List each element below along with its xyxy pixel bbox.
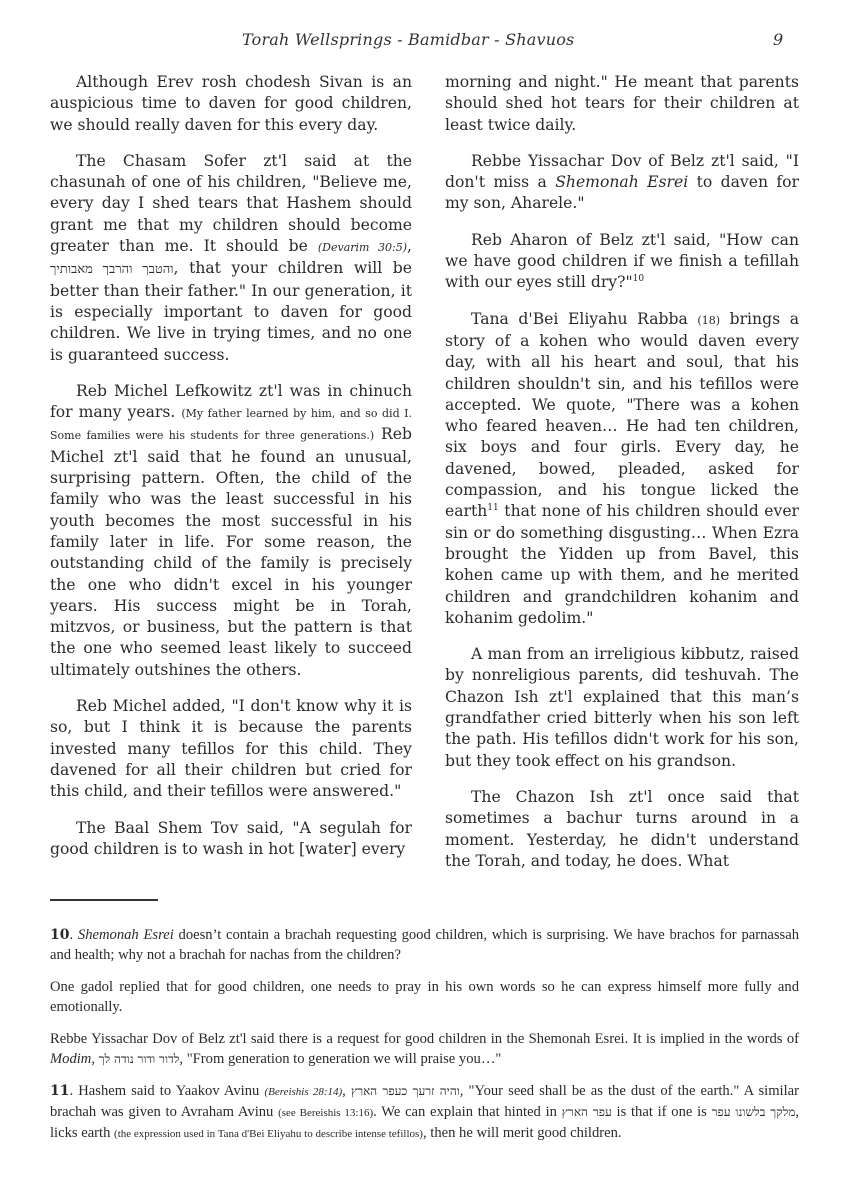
paragraph-text: The Baal Shem Tov said, "A segulah for g… — [50, 819, 412, 858]
source-reference: (18) — [697, 314, 720, 327]
paragraph: The Chasam Sofer zt'l said at the chasun… — [50, 151, 412, 366]
running-title: Torah Wellsprings - Bamidbar - Shavuos — [242, 30, 574, 49]
paragraph: The Baal Shem Tov said, "A segulah for g… — [50, 818, 412, 861]
paragraph: Tana d'Bei Eliyahu Rabba (18) brings a s… — [445, 309, 799, 629]
right-column: morning and night." He meant that parent… — [445, 72, 799, 887]
paragraph: Reb Aharon of Belz zt'l said, "How can w… — [445, 230, 799, 294]
paragraph-text: morning and night." He meant that parent… — [445, 73, 799, 134]
footnotes: 10. Shemonah Esrei doesn’t contain a bra… — [50, 925, 799, 1156]
source-reference: (see Bereishis 13:16) — [278, 1107, 373, 1119]
hebrew-quote: מלקך בלשונו עפר — [712, 1105, 796, 1119]
footnote-marker-10[interactable]: 10 — [633, 274, 644, 284]
hebrew-quote: עפר הארץ — [562, 1105, 612, 1119]
paragraph-text: that none of his children should ever si… — [445, 502, 799, 626]
paragraph: morning and night." He meant that parent… — [445, 72, 799, 136]
paragraph-text: brings a story of a kohen who would dave… — [445, 310, 799, 521]
footnote-text: . We can explain that hinted in — [373, 1104, 562, 1120]
parenthetical-note: (the expression used in Tana d'Bei Eliya… — [114, 1128, 423, 1140]
punctuation: , — [91, 1051, 98, 1067]
footnote-10: 10. Shemonah Esrei doesn’t contain a bra… — [50, 925, 799, 965]
hebrew-quote: והטבך והרבך מאבותיך — [50, 262, 174, 277]
hebrew-quote: והיה זרעך כעפר הארץ — [351, 1084, 460, 1098]
punctuation: , — [407, 237, 412, 255]
paragraph-text: Reb Aharon of Belz zt'l said, "How can w… — [445, 231, 799, 292]
page-number: 9 — [773, 30, 783, 49]
source-reference: (Bereishis 28:14) — [264, 1086, 342, 1098]
paragraph: A man from an irreligious kibbutz, raise… — [445, 644, 799, 772]
source-reference: (Devarim 30:5) — [318, 241, 407, 254]
paragraph: Reb Michel added, "I don't know why it i… — [50, 696, 412, 802]
italic-term: Modim — [50, 1051, 91, 1067]
paragraph-text: Although Erev rosh chodesh Sivan is an a… — [50, 73, 412, 134]
footnote-text: Hashem said to Yaakov Avinu — [73, 1083, 264, 1099]
footnote-divider — [50, 899, 158, 901]
paragraph-text: Tana d'Bei Eliyahu Rabba — [471, 310, 697, 328]
footnote-text: Rebbe Yissachar Dov of Belz zt'l said th… — [50, 1031, 799, 1047]
footnote-10-continued: Rebbe Yissachar Dov of Belz zt'l said th… — [50, 1029, 799, 1069]
paragraph-text: A man from an irreligious kibbutz, raise… — [445, 645, 799, 769]
footnote-number: 11 — [50, 1083, 69, 1099]
punctuation: . — [69, 927, 77, 943]
paragraph-text: Reb Michel added, "I don't know why it i… — [50, 697, 412, 800]
paragraph: Rebbe Yissachar Dov of Belz zt'l said, "… — [445, 151, 799, 215]
footnote-number: 10 — [50, 927, 69, 943]
italic-term: Shemonah Esrei — [78, 927, 174, 943]
paragraph: Reb Michel Lefkowitz zt'l was in chinuch… — [50, 381, 412, 681]
footnote-text: , then he will merit good children. — [423, 1125, 622, 1141]
paragraph-text: Reb Michel zt'l said that he found an un… — [50, 425, 412, 678]
footnote-11: 11. Hashem said to Yaakov Avinu (Bereish… — [50, 1081, 799, 1144]
paragraph: Although Erev rosh chodesh Sivan is an a… — [50, 72, 412, 136]
punctuation: , — [342, 1083, 351, 1099]
left-column: Although Erev rosh chodesh Sivan is an a… — [50, 72, 412, 875]
footnote-text: One gadol replied that for good children… — [50, 979, 799, 1015]
page-header: Torah Wellsprings - Bamidbar - Shavuos 9 — [0, 30, 849, 56]
footnote-marker-11[interactable]: 11 — [487, 503, 498, 513]
paragraph-text: The Chasam Sofer zt'l said at the chasun… — [50, 152, 412, 255]
footnote-text: is that if one is — [612, 1104, 712, 1120]
footnote-10-continued: One gadol replied that for good children… — [50, 977, 799, 1017]
hebrew-quote: לדור ודור נודה לך — [99, 1052, 180, 1066]
paragraph: The Chazon Ish zt'l once said that somet… — [445, 787, 799, 872]
italic-term: Shemonah Esrei — [555, 173, 688, 191]
footnote-text: , "From generation to generation we will… — [179, 1051, 501, 1067]
paragraph-text: The Chazon Ish zt'l once said that somet… — [445, 788, 799, 870]
